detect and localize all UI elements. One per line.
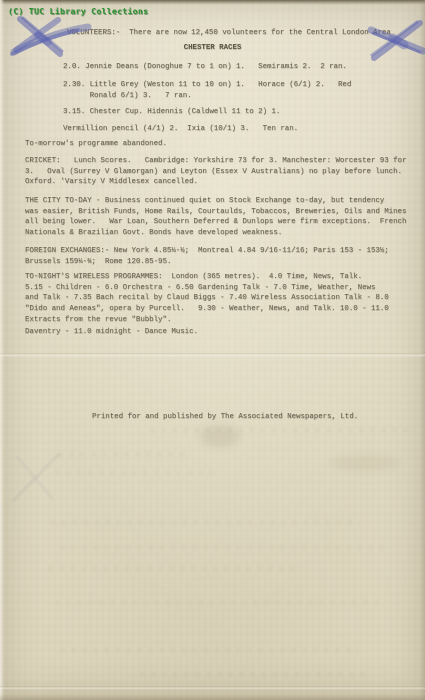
- chester-races-heading: CHESTER RACES: [0, 43, 425, 54]
- race-result-3: 3.15. Chester Cup. Hidennis (Caldwell 11…: [63, 107, 280, 118]
- ghost-text-smudge: [55, 600, 385, 605]
- fold-crease-upper: [0, 353, 425, 357]
- foreign-exchanges-paragraph: FOREIGN EXCHANGES:- New York 4.85¼-½; Mo…: [25, 246, 417, 267]
- scan-edge-top: [0, 0, 425, 5]
- ghost-text-smudge: [48, 566, 298, 571]
- scan-edge-bottom: [0, 694, 425, 700]
- race-result-2: 2.30. Little Grey (Weston 11 to 10 on) 1…: [63, 80, 351, 101]
- tuc-library-watermark: (C) TUC Library Collections: [8, 6, 148, 16]
- imprint-line: Printed for and published by The Associa…: [92, 412, 358, 423]
- daventry-line: Daventry - 11.0 midnight - Dance Music.: [25, 327, 198, 338]
- ghost-text-smudge: [60, 545, 390, 550]
- show-through-cross-smudge: [14, 455, 58, 500]
- paper-stain: [200, 425, 240, 447]
- city-paragraph: THE CITY TO-DAY - Business continued qui…: [25, 196, 417, 239]
- scanned-bulletin-page: (C) TUC Library Collections VOLUNTEERS:-…: [0, 0, 425, 700]
- race-result-1: 2.0. Jennie Deans (Donoghue 7 to 1 on) 1…: [63, 62, 347, 73]
- scan-edge-left: [0, 0, 4, 700]
- race-result-4: Vermillion pencil (4/1) 2. Ixia (10/1) 3…: [63, 124, 298, 135]
- cricket-paragraph: CRICKET: Lunch Scores. Cambridge: Yorksh…: [25, 156, 417, 188]
- volunteers-line: VOLUNTEERS:- There are now 12,450 volunt…: [67, 28, 391, 39]
- crayon-marks-overlay: [0, 0, 425, 700]
- ghost-text-smudge: [150, 428, 415, 433]
- ghost-text-smudge: [58, 452, 188, 457]
- ghost-text-smudge: [50, 520, 360, 525]
- fold-crease-lower: [0, 686, 425, 690]
- scan-edge-right: [420, 0, 425, 700]
- ghost-text-smudge: [60, 648, 360, 653]
- wireless-paragraph: TO-NIGHT'S WIRELESS PROGRAMMES: London (…: [25, 272, 417, 326]
- ghost-text-smudge: [140, 672, 370, 677]
- ghost-text-smudge: [55, 470, 215, 475]
- paper-stain: [330, 455, 400, 471]
- abandoned-note: To-morrow's programme abandoned.: [25, 139, 167, 150]
